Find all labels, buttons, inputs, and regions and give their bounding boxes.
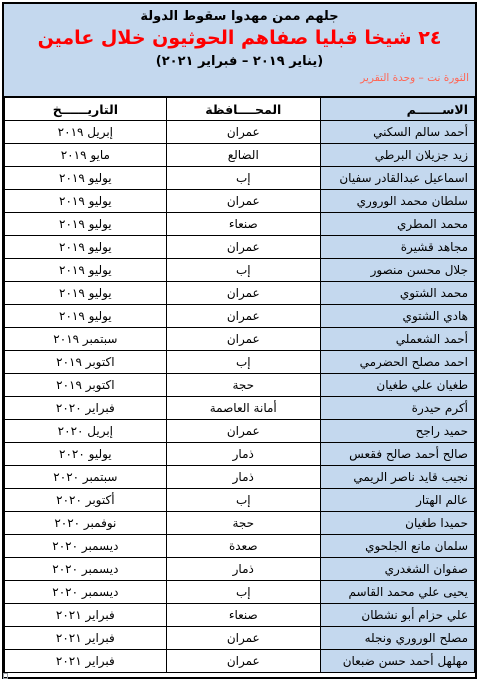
- document-date-range: (يناير ٢٠١٩ – فبراير ٢٠٢١): [4, 52, 475, 72]
- date-cell: فبراير ٢٠٢١: [5, 627, 167, 650]
- date-cell: اكتوبر ٢٠١٩: [5, 374, 167, 397]
- title-block: جلهم ممن مهدوا سقوط الدولة ٢٤ شيخا قبليا…: [4, 4, 475, 97]
- sheikhs-table: الاســــــم المحــــافظة التاريــــــخ أ…: [4, 97, 475, 673]
- name-cell: محمد المطري: [320, 213, 474, 236]
- governorate-cell: عمران: [166, 650, 320, 673]
- governorate-cell: إب: [166, 167, 320, 190]
- governorate-cell: إب: [166, 351, 320, 374]
- paragraph-mark-artifact: [3, 673, 8, 679]
- date-cell: يوليو ٢٠١٩: [5, 167, 167, 190]
- table-row: سلطان محمد الوروريعمرانيوليو ٢٠١٩: [5, 190, 475, 213]
- header-name: الاســــــم: [320, 98, 474, 121]
- table-row: مجاهد قشيرةعمرانيوليو ٢٠١٩: [5, 236, 475, 259]
- name-cell: مصلح الوروري ونجله: [320, 627, 474, 650]
- date-cell: ديسمبر ٢٠٢٠: [5, 535, 167, 558]
- name-cell: أحمد سالم السكني: [320, 121, 474, 144]
- table-row: حميد راجحعمرانإبريل ٢٠٢٠: [5, 420, 475, 443]
- date-cell: يوليو ٢٠١٩: [5, 282, 167, 305]
- name-cell: سلمان مانع الجلحوي: [320, 535, 474, 558]
- governorate-cell: عمران: [166, 282, 320, 305]
- name-cell: صفوان الشغدري: [320, 558, 474, 581]
- governorate-cell: الضالع: [166, 144, 320, 167]
- date-cell: اكتوبر ٢٠١٩: [5, 351, 167, 374]
- date-cell: يوليو ٢٠١٩: [5, 236, 167, 259]
- governorate-cell: إب: [166, 581, 320, 604]
- date-cell: ديسمبر ٢٠٢٠: [5, 581, 167, 604]
- governorate-cell: حجة: [166, 512, 320, 535]
- table-row: علي حزام أبو نشطانصنعاءفبراير ٢٠٢١: [5, 604, 475, 627]
- date-cell: إبريل ٢٠٢٠: [5, 420, 167, 443]
- governorate-cell: عمران: [166, 190, 320, 213]
- governorate-cell: ذمار: [166, 466, 320, 489]
- name-cell: محمد الشتوي: [320, 282, 474, 305]
- table-row: زيد جزيلان البرطيالضالعمايو ٢٠١٩: [5, 144, 475, 167]
- table-row: يحيى علي محمد القاسمإبديسمبر ٢٠٢٠: [5, 581, 475, 604]
- name-cell: جلال محسن منصور: [320, 259, 474, 282]
- date-cell: سبتمبر ٢٠٢٠: [5, 466, 167, 489]
- table-row: نجيب قايد ناصر الريميذمارسبتمبر ٢٠٢٠: [5, 466, 475, 489]
- table-header: الاســــــم المحــــافظة التاريــــــخ: [5, 98, 475, 121]
- governorate-cell: عمران: [166, 305, 320, 328]
- table-row: سلمان مانع الجلحويصعدةديسمبر ٢٠٢٠: [5, 535, 475, 558]
- governorate-cell: صنعاء: [166, 604, 320, 627]
- header-row: الاســــــم المحــــافظة التاريــــــخ: [5, 98, 475, 121]
- header-governorate: المحــــافظة: [166, 98, 320, 121]
- table-row: مصلح الوروري ونجلهعمرانفبراير ٢٠٢١: [5, 627, 475, 650]
- date-cell: نوفمبر ٢٠٢٠: [5, 512, 167, 535]
- table-row: جلال محسن منصورإبيوليو ٢٠١٩: [5, 259, 475, 282]
- table-body: أحمد سالم السكنيعمرانإبريل ٢٠١٩زيد جزيلا…: [5, 121, 475, 673]
- table-row: احمد مصلح الحضرميإباكتوبر ٢٠١٩: [5, 351, 475, 374]
- document-main-title: ٢٤ شيخا قبليا صفاهم الحوثيون خلال عامين: [4, 26, 475, 52]
- table-row: محمد المطريصنعاءيوليو ٢٠١٩: [5, 213, 475, 236]
- governorate-cell: حجة: [166, 374, 320, 397]
- table-row: محمد الشتويعمرانيوليو ٢٠١٩: [5, 282, 475, 305]
- document-subtitle-top: جلهم ممن مهدوا سقوط الدولة: [4, 9, 475, 26]
- date-cell: يوليو ٢٠١٩: [5, 259, 167, 282]
- name-cell: حميد راجح: [320, 420, 474, 443]
- date-cell: فبراير ٢٠٢١: [5, 650, 167, 673]
- table-row: عالم الهتارإبأكتوبر ٢٠٢٠: [5, 489, 475, 512]
- date-cell: إبريل ٢٠١٩: [5, 121, 167, 144]
- date-cell: سبتمبر ٢٠١٩: [5, 328, 167, 351]
- name-cell: عالم الهتار: [320, 489, 474, 512]
- date-cell: ديسمبر ٢٠٢٠: [5, 558, 167, 581]
- table-row: اسماعيل عبدالقادر سفيانإبيوليو ٢٠١٩: [5, 167, 475, 190]
- name-cell: نجيب قايد ناصر الريمي: [320, 466, 474, 489]
- governorate-cell: ذمار: [166, 558, 320, 581]
- name-cell: أحمد الشعملي: [320, 328, 474, 351]
- document-page: جلهم ممن مهدوا سقوط الدولة ٢٤ شيخا قبليا…: [2, 2, 477, 679]
- source-credit: الثورة نت – وحدة التقرير: [4, 72, 475, 84]
- governorate-cell: عمران: [166, 328, 320, 351]
- governorate-cell: عمران: [166, 420, 320, 443]
- date-cell: مايو ٢٠١٩: [5, 144, 167, 167]
- governorate-cell: إب: [166, 259, 320, 282]
- name-cell: احمد مصلح الحضرمي: [320, 351, 474, 374]
- table-row: أحمد الشعمليعمرانسبتمبر ٢٠١٩: [5, 328, 475, 351]
- name-cell: مهلهل أحمد حسن ضبعان: [320, 650, 474, 673]
- date-cell: يوليو ٢٠٢٠: [5, 443, 167, 466]
- table-row: هادي الشتويعمرانيوليو ٢٠١٩: [5, 305, 475, 328]
- date-cell: فبراير ٢٠٢١: [5, 604, 167, 627]
- name-cell: سلطان محمد الوروري: [320, 190, 474, 213]
- date-cell: فبراير ٢٠٢٠: [5, 397, 167, 420]
- governorate-cell: عمران: [166, 121, 320, 144]
- date-cell: أكتوبر ٢٠٢٠: [5, 489, 167, 512]
- governorate-cell: إب: [166, 489, 320, 512]
- name-cell: حميدا طغيان: [320, 512, 474, 535]
- table-row: صالح أحمد صالح فقعسذماريوليو ٢٠٢٠: [5, 443, 475, 466]
- governorate-cell: صنعاء: [166, 213, 320, 236]
- name-cell: اسماعيل عبدالقادر سفيان: [320, 167, 474, 190]
- governorate-cell: صعدة: [166, 535, 320, 558]
- governorate-cell: عمران: [166, 236, 320, 259]
- table-row: حميدا طغيانحجةنوفمبر ٢٠٢٠: [5, 512, 475, 535]
- name-cell: صالح أحمد صالح فقعس: [320, 443, 474, 466]
- governorate-cell: عمران: [166, 627, 320, 650]
- table-row: طغيان علي طغيانحجةاكتوبر ٢٠١٩: [5, 374, 475, 397]
- header-date: التاريــــــخ: [5, 98, 167, 121]
- table-row: صفوان الشغدريذمارديسمبر ٢٠٢٠: [5, 558, 475, 581]
- name-cell: أكرم حيدرة: [320, 397, 474, 420]
- name-cell: زيد جزيلان البرطي: [320, 144, 474, 167]
- name-cell: مجاهد قشيرة: [320, 236, 474, 259]
- name-cell: علي حزام أبو نشطان: [320, 604, 474, 627]
- table-row: مهلهل أحمد حسن ضبعانعمرانفبراير ٢٠٢١: [5, 650, 475, 673]
- name-cell: هادي الشتوي: [320, 305, 474, 328]
- name-cell: يحيى علي محمد القاسم: [320, 581, 474, 604]
- date-cell: يوليو ٢٠١٩: [5, 190, 167, 213]
- name-cell: طغيان علي طغيان: [320, 374, 474, 397]
- governorate-cell: أمانة العاصمة: [166, 397, 320, 420]
- table-row: أكرم حيدرةأمانة العاصمةفبراير ٢٠٢٠: [5, 397, 475, 420]
- governorate-cell: ذمار: [166, 443, 320, 466]
- date-cell: يوليو ٢٠١٩: [5, 213, 167, 236]
- date-cell: يوليو ٢٠١٩: [5, 305, 167, 328]
- table-row: أحمد سالم السكنيعمرانإبريل ٢٠١٩: [5, 121, 475, 144]
